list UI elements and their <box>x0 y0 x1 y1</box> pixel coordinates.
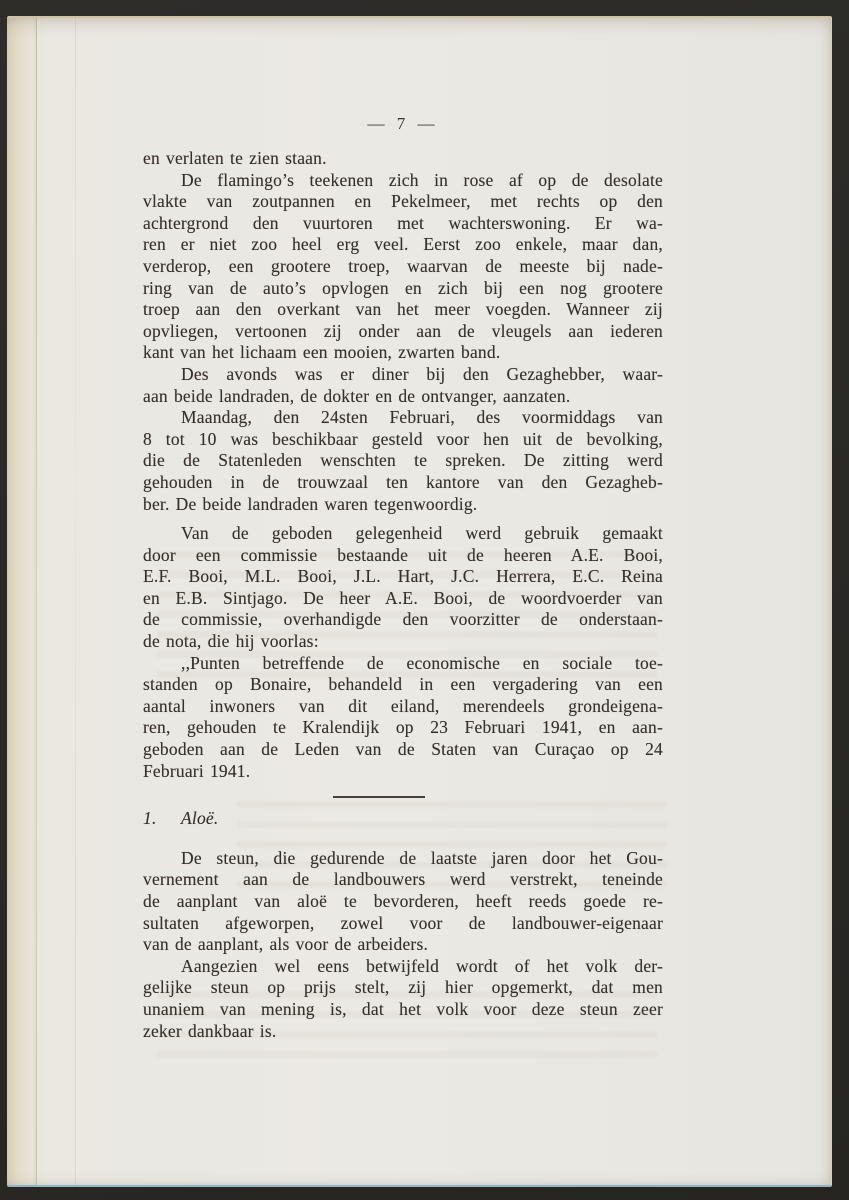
paragraph: en verlaten te zien staan. <box>143 148 663 170</box>
text-line: achtergrond den vuurtoren met wachterswo… <box>143 213 663 235</box>
text-line: ber. De beide landraden waren tegenwoord… <box>143 494 663 516</box>
text-line: Februari 1941. <box>143 761 663 783</box>
document-page: — 7 — en verlaten te zien staan.De flami… <box>7 16 832 1187</box>
text-line: en verlaten te zien staan. <box>143 148 663 170</box>
text-line: ren er niet zoo heel erg veel. Eerst zoo… <box>143 234 663 256</box>
text-line: ren, gehouden te Kralendijk op 23 Februa… <box>143 717 663 739</box>
text-line: troep aan den overkant van het meer voeg… <box>143 299 663 321</box>
text-body: en verlaten te zien staan.De flamingo’s … <box>143 148 663 1042</box>
text-line: ring van de auto’s opvlogen en zich bij … <box>143 278 663 300</box>
text-line: opvliegen, vertoonen zij onder aan de vl… <box>143 321 663 343</box>
page-number: — 7 — <box>143 114 663 136</box>
paragraph: ,,Punten betreffende de economische en s… <box>143 653 663 783</box>
paragraph: Van de geboden gelegenheid werd gebruik … <box>143 523 663 653</box>
text-line: van de aanplant, als voor de arbeiders. <box>143 934 663 956</box>
text-line: De steun, die gedurende de laatste jaren… <box>143 848 663 870</box>
text-line: De flamingo’s teekenen zich in rose af o… <box>143 170 663 192</box>
section-heading-title: Aloë. <box>181 808 218 828</box>
section-rule <box>333 796 425 798</box>
text-line: geboden aan de Leden van de Staten van C… <box>143 739 663 761</box>
text-line: vernement aan de landbouwers werd verstr… <box>143 869 663 891</box>
section-heading-number: 1. <box>143 808 181 830</box>
text-line: verderop, een grootere troep, waarvan de… <box>143 256 663 278</box>
text-line: aantal inwoners van dit eiland, merendee… <box>143 696 663 718</box>
text-line: en E.B. Sintjago. De heer A.E. Booi, de … <box>143 588 663 610</box>
text-line: gehouden in de trouwzaal ten kantore van… <box>143 472 663 494</box>
text-line: zeker dankbaar is. <box>143 1021 663 1043</box>
paragraph: Aangezien wel eens betwijfeld wordt of h… <box>143 956 663 1042</box>
paragraph: De flamingo’s teekenen zich in rose af o… <box>143 170 663 364</box>
paragraph: Maandag, den 24sten Februari, des voormi… <box>143 407 663 515</box>
text-line: Des avonds was er diner bij den Gezagheb… <box>143 364 663 386</box>
text-line: standen op Bonaire, behandeld in een ver… <box>143 674 663 696</box>
text-line: door een commissie bestaande uit de heer… <box>143 545 663 567</box>
paper-fold-line <box>75 18 76 1185</box>
text-line: unaniem van mening is, dat het volk voor… <box>143 999 663 1021</box>
binding-crease <box>36 18 37 1185</box>
text-line: ,,Punten betreffende de economische en s… <box>143 653 663 675</box>
text-line: 8 tot 10 was beschikbaar gesteld voor he… <box>143 429 663 451</box>
text-line: de commissie, overhandigde den voorzitte… <box>143 609 663 631</box>
text-line: aan beide landraden, de dokter en de ont… <box>143 386 663 408</box>
section-heading: 1.Aloë. <box>143 808 663 830</box>
text-line: Maandag, den 24sten Februari, des voormi… <box>143 407 663 429</box>
text-line: de aanplant van aloë te bevorderen, heef… <box>143 891 663 913</box>
text-line: E.F. Booi, M.L. Booi, J.L. Hart, J.C. He… <box>143 566 663 588</box>
text-line: vlakte van zoutpannen en Pekelmeer, met … <box>143 191 663 213</box>
paragraph: Des avonds was er diner bij den Gezagheb… <box>143 364 663 407</box>
text-line: sultaten afgeworpen, zowel voor de landb… <box>143 913 663 935</box>
text-line: gelijke steun op prijs stelt, zij hier o… <box>143 977 663 999</box>
text-line: die de Statenleden wenschten te spreken.… <box>143 450 663 472</box>
text-line: Aangezien wel eens betwijfeld wordt of h… <box>143 956 663 978</box>
text-line: kant van het lichaam een mooien, zwarten… <box>143 342 663 364</box>
text-line: de nota, die hij voorlas: <box>143 631 663 653</box>
text-block: — 7 — en verlaten te zien staan.De flami… <box>143 114 663 1042</box>
text-line: Van de geboden gelegenheid werd gebruik … <box>143 523 663 545</box>
paragraph: De steun, die gedurende de laatste jaren… <box>143 848 663 956</box>
